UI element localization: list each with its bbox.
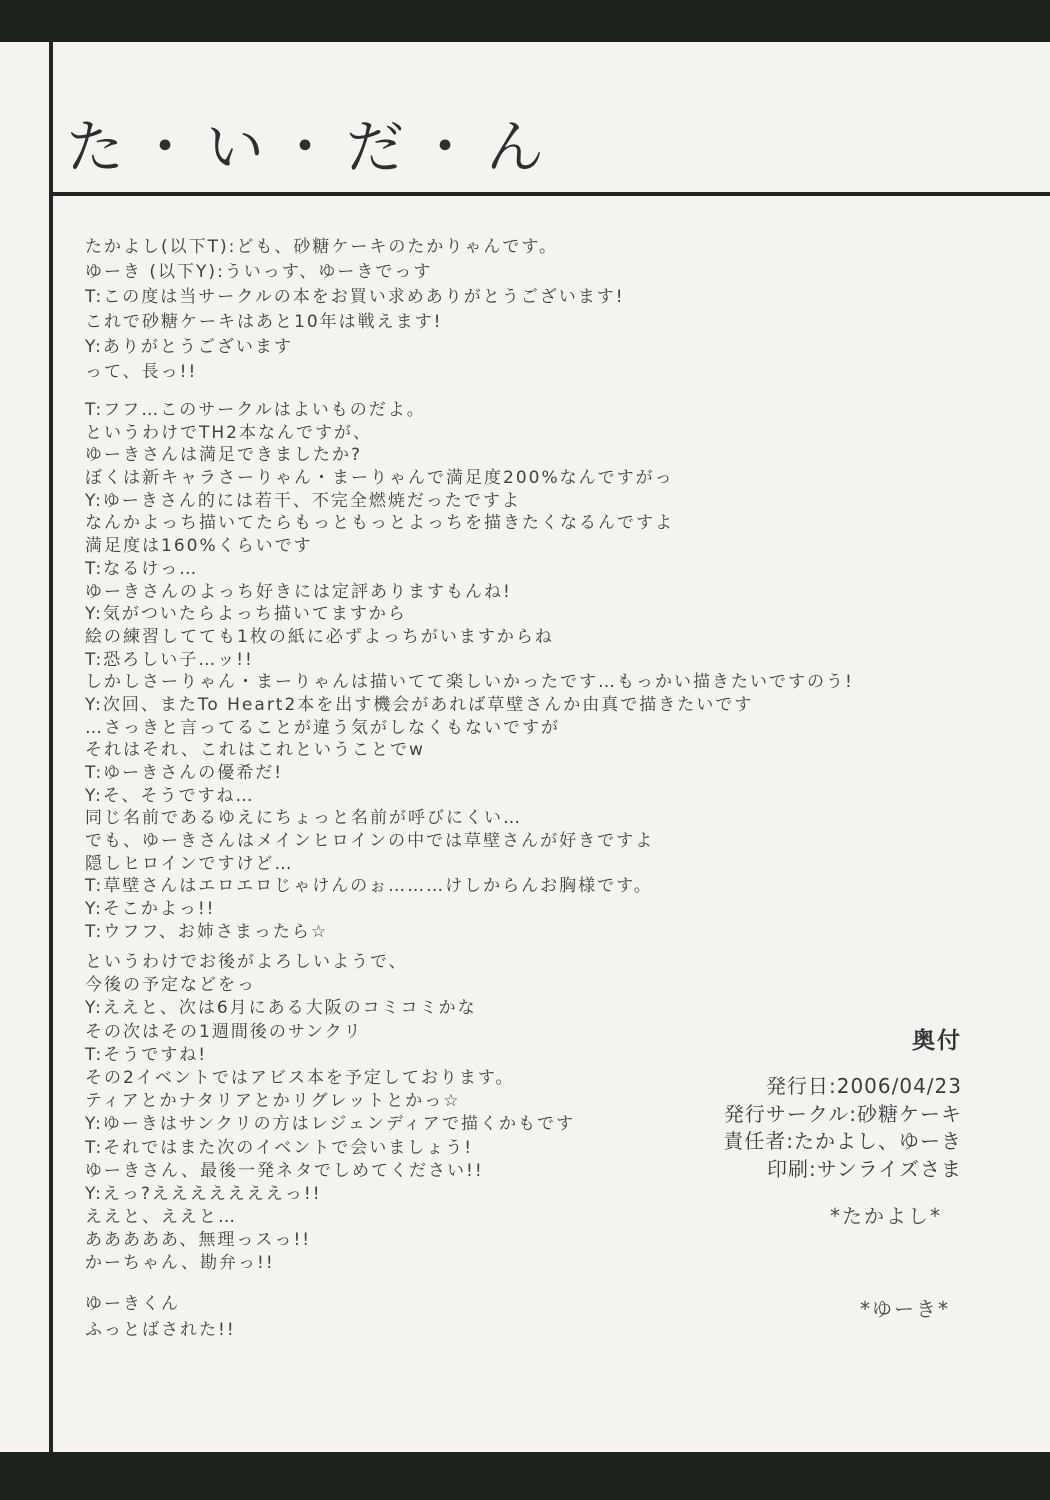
dialogue-line: 今後の予定などをっ (85, 974, 575, 997)
signature-takayoshi: *たかよし* (830, 1200, 942, 1229)
dialogue-line: ゆーき (以下Y):ういっす、ゆーきでっす (85, 260, 625, 285)
dialogue-line: ティアとかナタリアとかリグレットとかっ☆ (85, 1090, 575, 1113)
dialogue-line: ふっとばされた!! (85, 1317, 236, 1343)
dialogue-line: 満足度は160%くらいです (85, 535, 854, 558)
dialogue-line: たかよし(以下T):ども、砂糖ケーキのたかりゃんです。 (85, 235, 625, 260)
dialogue-line: ぼくは新キャラさーりゃん・まーりゃんで満足度200%なんですがっ (85, 467, 854, 490)
dialogue-line: 隠しヒロインですけど… (85, 853, 854, 876)
colophon-heading: 奥付 (723, 1028, 962, 1054)
dialogue-line: 絵の練習してても1枚の紙に必ずよっちがいますからね (85, 626, 854, 649)
dialogue-line: ゆーきさん、最後一発ネタでしめてください!! (85, 1160, 575, 1183)
dialogue-line: T:そうですね! (85, 1044, 575, 1067)
colophon-line: 発行サークル:砂糖ケーキ (723, 1101, 962, 1129)
dialogue-paragraph-3: というわけでお後がよろしいようで、今後の予定などをっY:ええと、次は6月にある大… (85, 951, 575, 1276)
dialogue-line: でも、ゆーきさんはメインヒロインの中では草壁さんが好きですよ (85, 830, 854, 853)
colophon-line: 印刷:サンライズさま (723, 1156, 962, 1184)
dialogue-line: Y:気がついたらよっち描いてますから (85, 603, 854, 626)
dialogue-line: Y:ゆーきはサンクリの方はレジェンディアで描くかもです (85, 1113, 575, 1136)
dialogue-line: って、長っ!! (85, 360, 625, 385)
dialogue-line: その次はその1週間後のサンクリ (85, 1021, 575, 1044)
dialogue-line: T:ウフフ、お姉さまったら☆ (85, 921, 854, 944)
dialogue-line: これで砂糖ケーキはあと10年は戦えます! (85, 310, 625, 335)
dialogue-line: かーちゃん、勘弁っ!! (85, 1252, 575, 1275)
dialogue-paragraph-2: T:フフ…このサークルはよいものだよ。というわけでTH2本なんですが、ゆーきさん… (85, 399, 854, 944)
colophon-line: 責任者:たかよし、ゆーき (723, 1128, 962, 1156)
dialogue-line: その2イベントではアビス本を予定しております。 (85, 1067, 575, 1090)
dialogue-line: Y:ええと、次は6月にある大阪のコミコミかな (85, 997, 575, 1020)
scanned-doujin-afterword-page: た・い・だ・ん たかよし(以下T):ども、砂糖ケーキのたかりゃんです。ゆーき (… (0, 0, 1050, 1500)
dialogue-line: あああああ、無理っスっ!! (85, 1229, 575, 1252)
dialogue-line: T:草壁さんはエロエロじゃけんのぉ………けしからんお胸様です。 (85, 875, 854, 898)
dialogue-line: ゆーきくん (85, 1291, 236, 1317)
dialogue-line: …さっきと言ってることが違う気がしなくもないですが (85, 717, 854, 740)
left-vertical-rule (49, 42, 53, 1452)
dialogue-line: ええと、ええと… (85, 1206, 575, 1229)
dialogue-line: というわけでTH2本なんですが、 (85, 422, 854, 445)
dialogue-line: しかしさーりゃん・まーりゃんは描いてて楽しいかったです…もっかい描きたいですのう… (85, 671, 854, 694)
dialogue-line: Y:次回、またTo Heart2本を出す機会があれば草壁さんか由真で描きたいです (85, 694, 854, 717)
dialogue-paragraph-1: たかよし(以下T):ども、砂糖ケーキのたかりゃんです。ゆーき (以下Y):ういっ… (85, 235, 625, 385)
dialogue-line: T:恐ろしい子…ッ!! (85, 649, 854, 672)
bottom-black-bar (0, 1452, 1050, 1500)
dialogue-line: T:それではまた次のイベントで会いましょう! (85, 1137, 575, 1160)
dialogue-line: Y:ゆーきさん的には若干、不完全燃焼だったですよ (85, 490, 854, 513)
top-black-bar (0, 0, 1050, 42)
dialogue-line: T:フフ…このサークルはよいものだよ。 (85, 399, 854, 422)
dialogue-line: Y:そ、そうですね… (85, 785, 854, 808)
colophon-block: 奥付 発行日:2006/04/23発行サークル:砂糖ケーキ責任者:たかよし、ゆー… (723, 1028, 962, 1183)
dialogue-line: Y:そこかよっ!! (85, 898, 854, 921)
dialogue-line: というわけでお後がよろしいようで、 (85, 951, 575, 974)
dialogue-line: 同じ名前であるゆえにちょっと名前が呼びにくい… (85, 807, 854, 830)
page-title: た・い・だ・ん (66, 100, 556, 184)
dialogue-line: ゆーきさんのよっち好きには定評ありますもんね! (85, 581, 854, 604)
colophon-lines: 発行日:2006/04/23発行サークル:砂糖ケーキ責任者:たかよし、ゆーき印刷… (723, 1073, 962, 1183)
dialogue-paragraph-4: ゆーきくんふっとばされた!! (85, 1291, 236, 1343)
dialogue-line: T:なるけっ… (85, 558, 854, 581)
title-divider-rule (49, 192, 1050, 196)
signature-yuki: *ゆーき* (860, 1293, 950, 1322)
dialogue-line: ゆーきさんは満足できましたか? (85, 444, 854, 467)
dialogue-line: Y:えっ?えええええええっ!! (85, 1183, 575, 1206)
dialogue-line: T:ゆーきさんの優希だ! (85, 762, 854, 785)
dialogue-line: それはそれ、これはこれということでw (85, 739, 854, 762)
colophon-line: 発行日:2006/04/23 (723, 1073, 962, 1101)
dialogue-line: Y:ありがとうございます (85, 335, 625, 360)
dialogue-line: なんかよっち描いてたらもっともっとよっちを描きたくなるんですよ (85, 512, 854, 535)
dialogue-line: T:この度は当サークルの本をお買い求めありがとうございます! (85, 285, 625, 310)
